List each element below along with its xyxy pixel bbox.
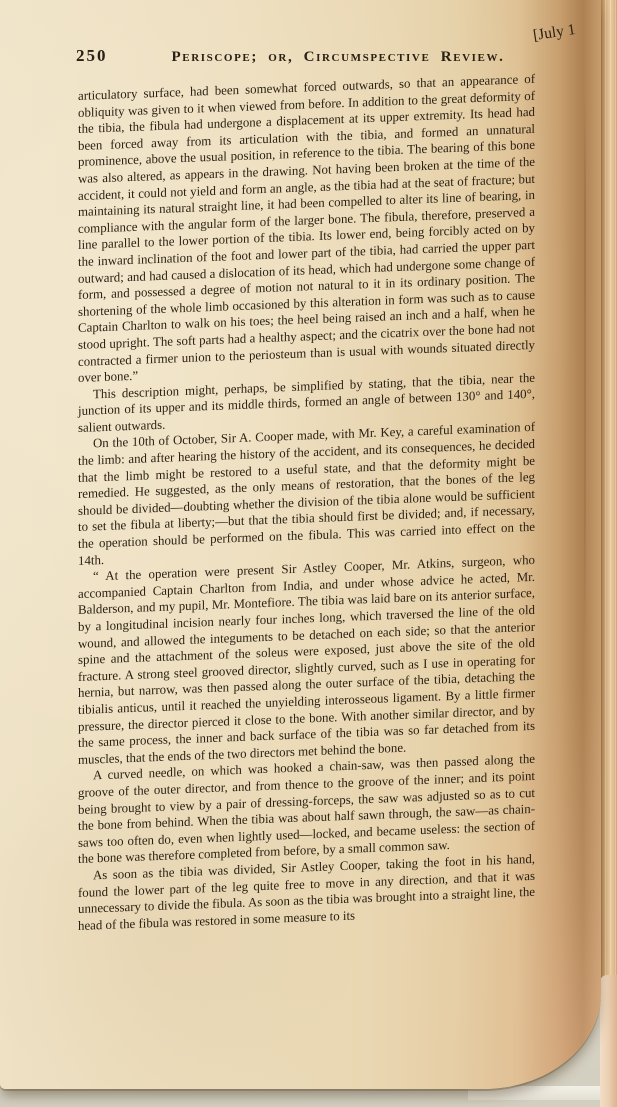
page-crease (584, 90, 586, 650)
body-text: articulatory surface, had been somewhat … (78, 71, 535, 934)
book-page: 250 Periscope; or, Circumspective Review… (0, 0, 601, 1089)
running-title: Periscope; or, Circumspective Review. (148, 49, 528, 66)
paragraph: On the 10th of October, Sir A. Cooper ma… (78, 419, 535, 569)
paragraph: articulatory surface, had been somewhat … (78, 71, 535, 387)
next-page-curl-edge (600, 975, 617, 1107)
scanned-book-page: 250 Periscope; or, Circumspective Review… (0, 0, 617, 1107)
book-fore-edge (600, 0, 617, 1107)
issue-date: [July 1 (532, 21, 577, 45)
page-number: 250 (76, 46, 148, 66)
paragraph: “ At the operation were present Sir Astl… (78, 552, 535, 768)
page-header: 250 Periscope; or, Circumspective Review… (76, 46, 528, 66)
paragraph: A curved needle, on which was hooked a c… (78, 751, 535, 868)
